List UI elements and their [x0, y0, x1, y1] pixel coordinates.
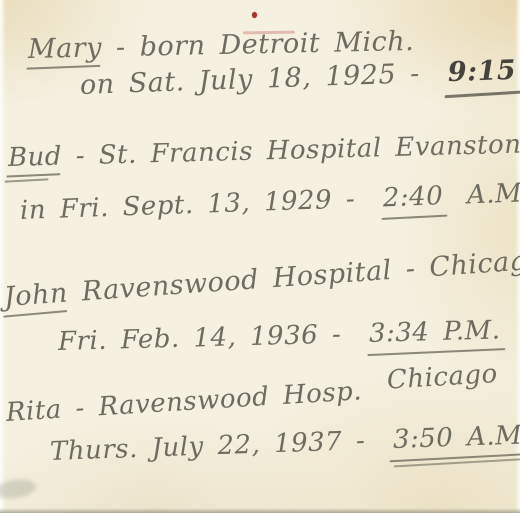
- entry-mary-date: on Sat. July 18, 1925 -: [79, 58, 420, 101]
- entry-rita-line1: Rita - Ravenswood Hosp. Chicago: [5, 368, 499, 428]
- entry-rita-birthplace: - Ravenswood Hosp.: [75, 376, 363, 423]
- entry-rita-name: Rita: [5, 395, 63, 428]
- entry-bud-birthplace: - St. Francis Hospital Evanston: [75, 130, 520, 172]
- paper-edge-bottom: [0, 508, 520, 513]
- entry-rita-time: 3:50 A.M: [392, 421, 520, 455]
- entry-bud-line1: Bud - St. Francis Hospital Evanston: [8, 130, 520, 173]
- entry-rita-date: Thurs. July 22, 1937 -: [49, 426, 365, 467]
- entry-bud-name: Bud: [8, 142, 63, 173]
- entry-john-line1: John Ravenswood Hospital - Chicago: [3, 244, 520, 313]
- entry-rita-city: Chicago: [386, 359, 498, 396]
- entry-john-name: John: [3, 278, 69, 313]
- entry-mary-time: 9:15 AM: [447, 52, 520, 88]
- paper-edge-left: [0, 0, 6, 513]
- pencil-smudge: [0, 477, 37, 501]
- entry-bud-line2: in Fri. Sept. 13, 1929 - 2:40 A.M.: [19, 178, 520, 226]
- entry-bud-time: 2:40: [382, 181, 443, 213]
- handwritten-note-scan: Mary - born Detroit Mich. on Sat. July 1…: [0, 0, 520, 513]
- entry-john-line2: Fri. Feb. 14, 1936 - 3:34 P.M.: [58, 315, 501, 357]
- entry-mary-line1: Mary - born Detroit Mich.: [28, 26, 415, 65]
- entry-mary-birthplace: - born Detroit Mich.: [116, 26, 415, 63]
- entry-john-date: Fri. Feb. 14, 1936 -: [58, 320, 342, 357]
- entry-john-birthplace: Ravenswood Hospital - Chicago: [81, 244, 520, 307]
- entry-john-time: 3:34 P.M.: [369, 315, 501, 348]
- entry-bud-meridiem: A.M.: [466, 178, 520, 210]
- entry-mary-name: Mary: [28, 32, 103, 65]
- entry-rita-line2: Thurs. July 22, 1937 - 3:50 A.M: [49, 421, 520, 467]
- red-ink-dot: [252, 12, 257, 18]
- entry-bud-date: in Fri. Sept. 13, 1929 -: [19, 184, 355, 226]
